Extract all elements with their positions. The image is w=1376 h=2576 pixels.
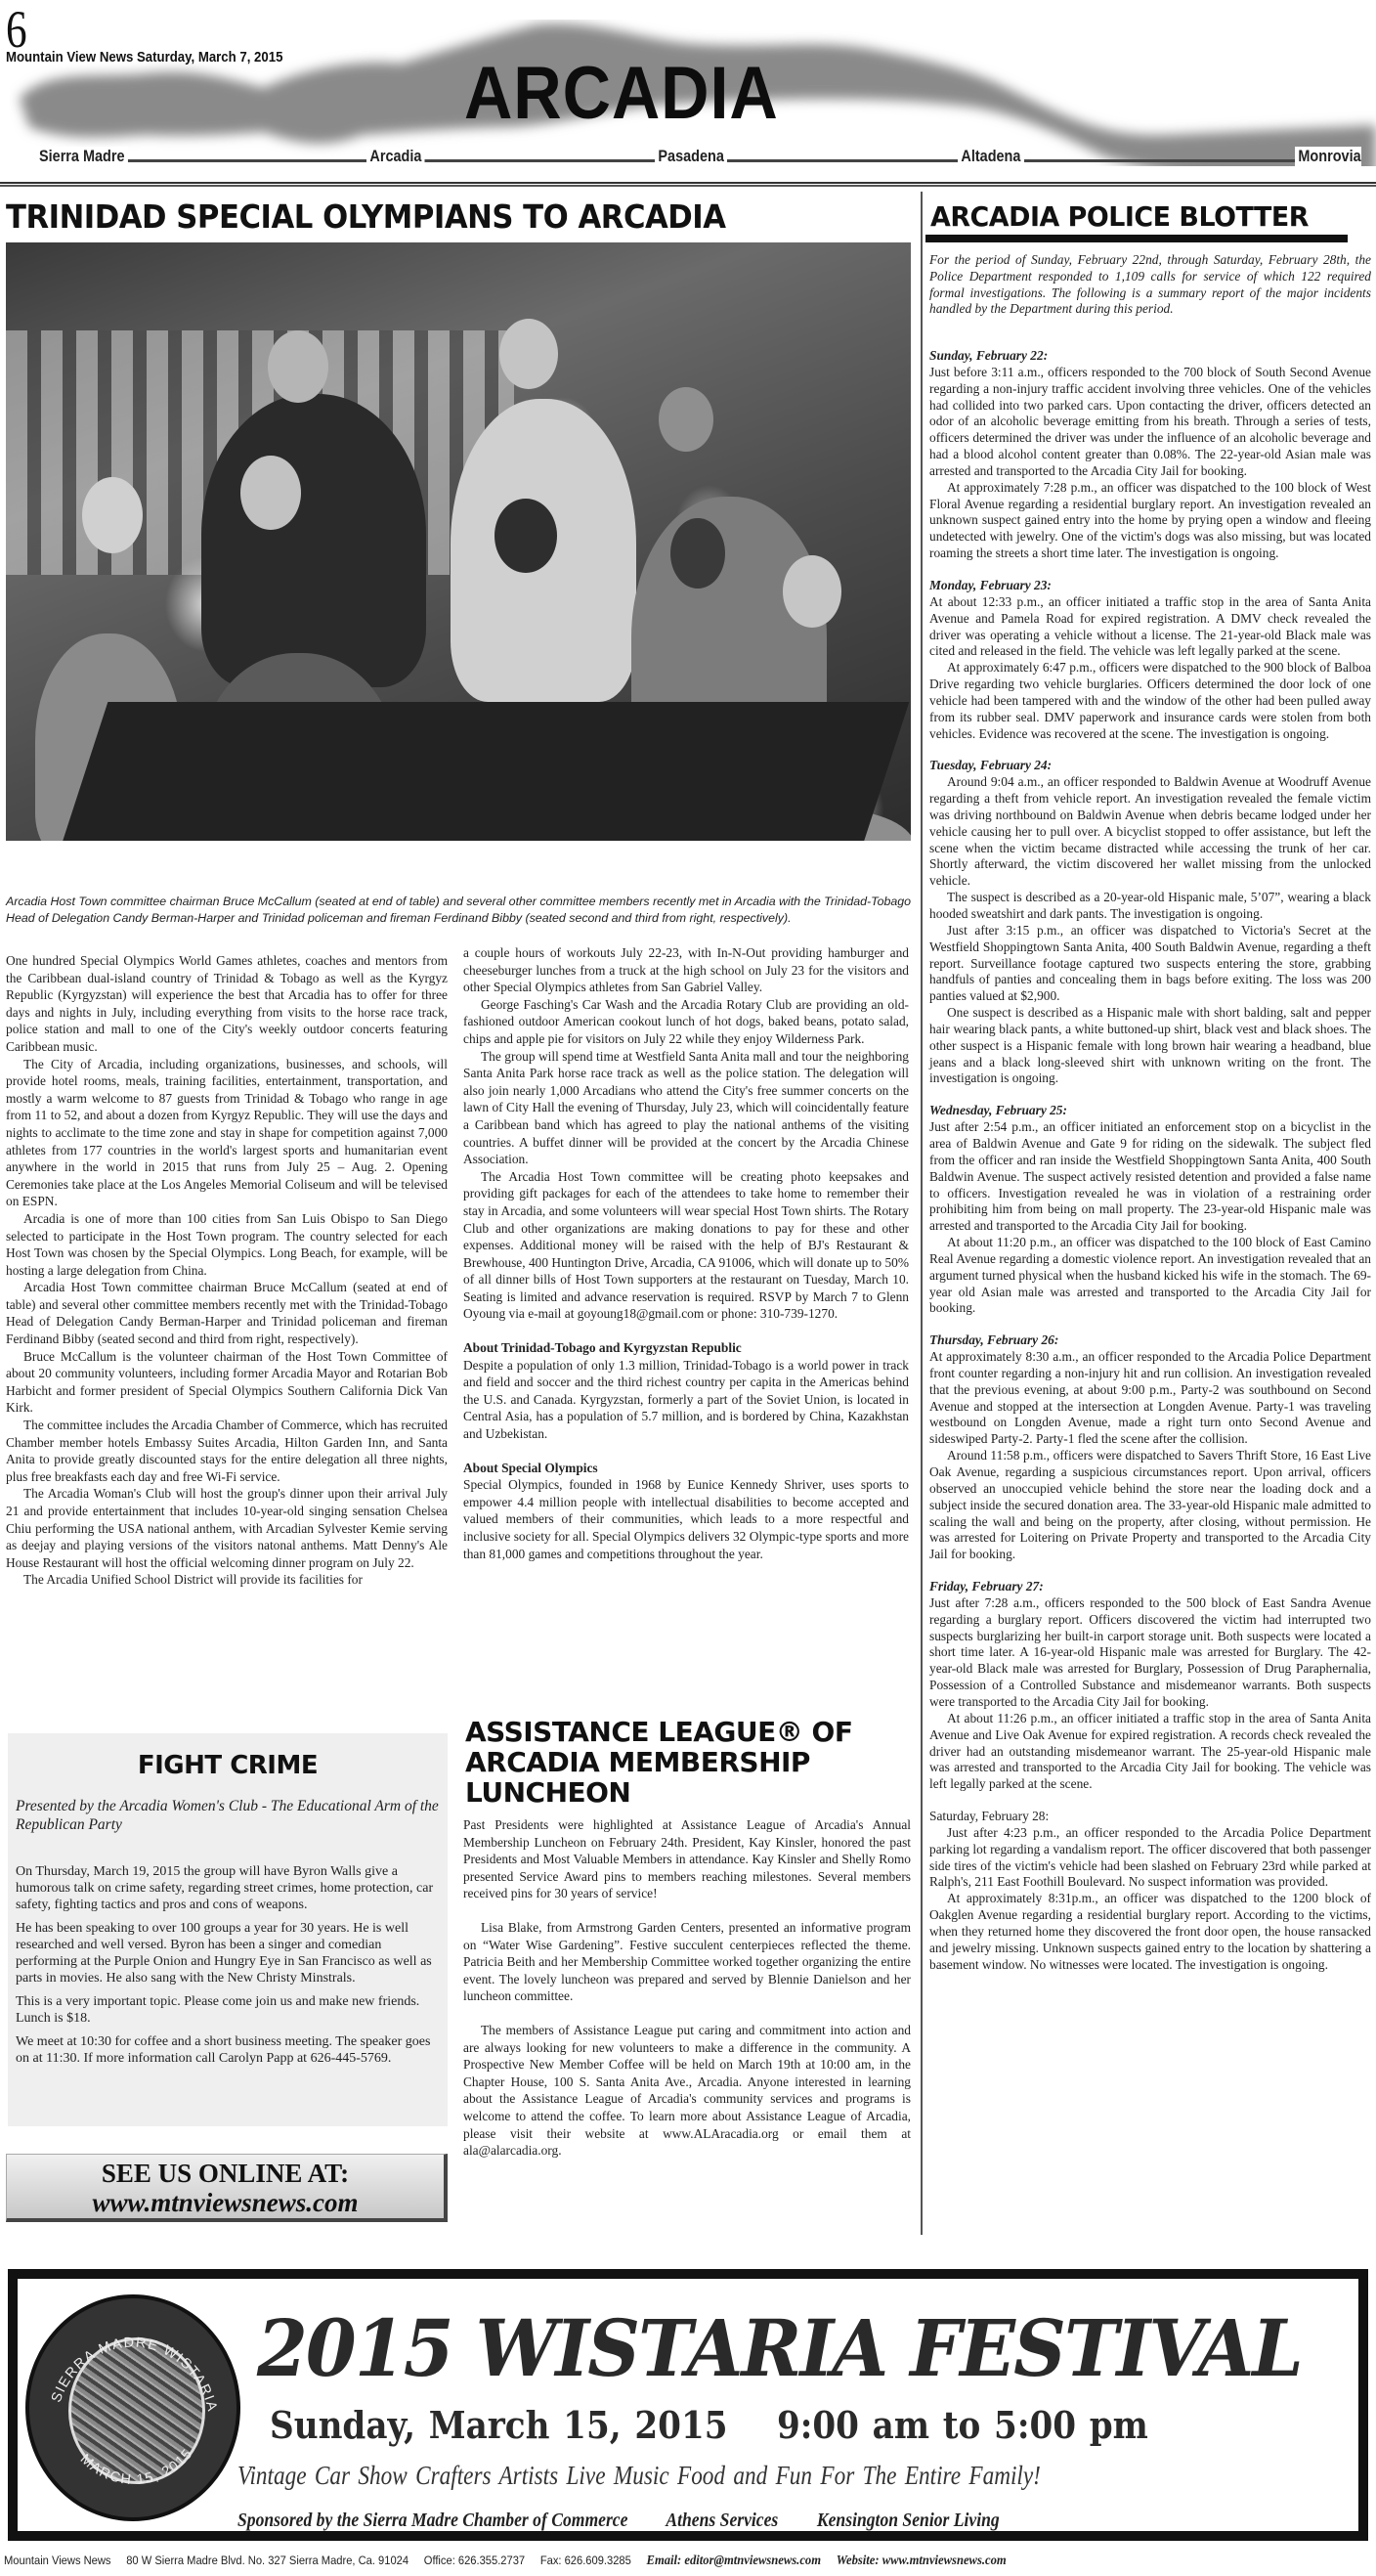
blotter-entry: The suspect is described as a 20-year-ol… (929, 890, 1371, 923)
fight-crime-paragraph: On Thursday, March 19, 2015 the group wi… (16, 1863, 440, 1913)
city-timeline: Sierra Madre Arcadia Pasadena Altadena M… (39, 143, 1368, 168)
logo-ring-date: MARCH 15, 2015 (77, 2446, 196, 2488)
fight-crime-box: FIGHT CRIME Presented by the Arcadia Wom… (8, 1733, 448, 2126)
story-paragraph: The members of Assistance League put car… (463, 2022, 911, 2160)
blotter-entry: Just after 4:23 p.m., an officer respond… (929, 1825, 1371, 1891)
footer-email[interactable]: Email: editor@mtnviewsnews.com (647, 2554, 821, 2568)
story-paragraph: One hundred Special Olympics World Games… (6, 952, 448, 1056)
fight-crime-paragraph: This is a very important topic. Please c… (16, 1993, 440, 2027)
city-label: Pasadena (655, 147, 727, 166)
photo-head (82, 477, 143, 553)
dateline: Mountain View News Saturday, March 7, 20… (6, 49, 282, 65)
blotter-entry: At about 11:20 p.m., an officer was disp… (929, 1235, 1371, 1317)
about-special-olympics-heading: About Special Olympics (463, 1460, 909, 1477)
online-banner-url[interactable]: www.mtnviewsnews.com (7, 2188, 444, 2217)
festival-title: 2015 WISTARIA FESTIVAL (257, 2306, 1302, 2390)
main-headline: TRINIDAD SPECIAL OLYMPIANS TO ARCADIA (6, 197, 726, 237)
blotter-entry: Just after 3:15 p.m., an officer was dis… (929, 923, 1371, 1005)
blotter-entry: At about 11:26 p.m., an officer initiate… (929, 1711, 1371, 1793)
story-column-1: One hundred Special Olympics World Games… (6, 952, 448, 1589)
city-label: Arcadia (366, 147, 425, 166)
story-paragraph: Bruce McCallum is the volunteer chairman… (6, 1348, 448, 1417)
photo-caption: Arcadia Host Town committee chairman Bru… (6, 894, 915, 926)
story-paragraph: The Arcadia Woman's Club will host the g… (6, 1485, 448, 1571)
page-footer: Mountain Views News 80 W Sierra Madre Bl… (4, 2554, 1239, 2569)
footer-address: 80 W Sierra Madre Blvd. No. 327 Sierra M… (126, 2554, 408, 2567)
festival-time: 9:00 am to 5:00 pm (777, 2403, 1148, 2447)
story-paragraph: Arcadia Host Town committee chairman Bru… (6, 1279, 448, 1347)
city-label: Altadena (958, 147, 1024, 166)
blotter-entry: At approximately 7:28 p.m., an officer w… (929, 480, 1371, 562)
blotter-entry: Around 11:58 p.m., officers were dispatc… (929, 1448, 1371, 1563)
see-us-online-banner[interactable]: SEE US ONLINE AT: www.mtnviewsnews.com (6, 2154, 448, 2222)
blotter-entry: Just before 3:11 a.m., officers responde… (929, 365, 1371, 480)
column-divider (921, 192, 923, 2235)
photo-head (783, 555, 841, 628)
story-paragraph: Arcadia is one of more than 100 cities f… (6, 1210, 448, 1279)
about-trinidad-text: Despite a population of only 1.3 million… (463, 1357, 909, 1443)
blotter-day-heading: Sunday, February 22: (929, 348, 1371, 365)
blotter-day-heading: Monday, February 23: (929, 578, 1371, 594)
police-blotter-intro: For the period of Sunday, February 22nd,… (929, 252, 1371, 318)
photo-head (670, 518, 725, 589)
blotter-entry: At approximately 8:30 a.m., an officer r… (929, 1349, 1371, 1448)
story-column-2: a couple hours of workouts July 22-23, w… (463, 944, 909, 1562)
assistance-league-body: Past Presidents were highlighted at Assi… (463, 1816, 911, 2176)
blotter-entry: Just after 7:28 a.m., officers responded… (929, 1595, 1371, 1711)
photo-head (240, 456, 301, 530)
sponsor: Kensington Senior Living (817, 2510, 1000, 2531)
photo-table (61, 702, 910, 841)
about-trinidad-heading: About Trinidad-Tobago and Kyrgyzstan Rep… (463, 1339, 909, 1357)
sponsor: Sponsored by the Sierra Madre Chamber of… (237, 2510, 627, 2531)
fight-crime-paragraph: He has been speaking to over 100 groups … (16, 1920, 440, 1987)
story-paragraph: The committee includes the Arcadia Chamb… (6, 1417, 448, 1485)
about-special-olympics-text: Special Olympics, founded in 1968 by Eun… (463, 1476, 909, 1562)
logo-ring-text: SIERRA MADRE WISTARIA FESTIVAL MARCH 15,… (29, 2298, 236, 2517)
fight-crime-title: FIGHT CRIME (16, 1751, 440, 1780)
festival-logo: SIERRA MADRE WISTARIA FESTIVAL MARCH 15,… (25, 2294, 240, 2521)
blotter-day-heading: Tuesday, February 24: (929, 758, 1371, 774)
festival-features: Vintage Car Show Crafters Artists Live M… (237, 2461, 1041, 2490)
story-paragraph: The City of Arcadia, including organizat… (6, 1056, 448, 1210)
svg-text:SIERRA MADRE WISTARIA FESTIVAL: SIERRA MADRE WISTARIA FESTIVAL (29, 2298, 220, 2414)
city-label: Sierra Madre (39, 147, 128, 166)
blotter-day-heading: Wednesday, February 25: (929, 1103, 1371, 1119)
footer-website[interactable]: Website: www.mtnviewsnews.com (837, 2554, 1007, 2568)
story-paragraph: a couple hours of workouts July 22-23, w… (463, 944, 909, 996)
blotter-day-heading: Thursday, February 26: (929, 1332, 1371, 1349)
photo-head (659, 387, 713, 452)
story-paragraph: Lisa Blake, from Armstrong Garden Center… (463, 1919, 911, 2005)
photo-head (268, 330, 328, 403)
police-blotter-headline: ARCADIA POLICE BLOTTER (930, 201, 1309, 233)
sponsor: Athens Services (666, 2510, 778, 2531)
photo-person (201, 394, 426, 687)
story-paragraph: The Arcadia Host Town committee will be … (463, 1168, 909, 1323)
logo-ring-title: SIERRA MADRE WISTARIA FESTIVAL (29, 2298, 220, 2414)
story-paragraph: The group will spend time at Westfield S… (463, 1048, 909, 1168)
photo-head (499, 319, 558, 389)
footer-paper-name: Mountain Views News (4, 2554, 111, 2567)
festival-datetime: Sunday, March 15, 20159:00 am to 5:00 pm (270, 2404, 1148, 2447)
svg-text:MARCH 15, 2015: MARCH 15, 2015 (77, 2446, 196, 2488)
police-blotter-body: Sunday, February 22: Just before 3:11 a.… (929, 332, 1371, 1973)
footer-fax: Fax: 626.609.3285 (540, 2554, 631, 2567)
story-paragraph: The Arcadia Unified School District will… (6, 1571, 448, 1589)
story-paragraph: Past Presidents were highlighted at Assi… (463, 1816, 911, 1902)
fight-crime-body: On Thursday, March 19, 2015 the group wi… (16, 1863, 440, 2067)
photo-head (494, 499, 557, 573)
masthead: 6 Mountain View News Saturday, March 7, … (0, 0, 1376, 188)
fight-crime-paragraph: We meet at 10:30 for coffee and a short … (16, 2033, 440, 2067)
blotter-entry: Just after 2:54 p.m., an officer initiat… (929, 1119, 1371, 1235)
wistaria-festival-ad[interactable]: SIERRA MADRE WISTARIA FESTIVAL MARCH 15,… (8, 2269, 1368, 2541)
blotter-day-heading: Friday, February 27: (929, 1579, 1371, 1595)
assistance-league-headline: ASSISTANCE LEAGUE® OF ARCADIA MEMBERSHIP… (465, 1717, 915, 1808)
blotter-day-heading: Saturday, February 28: (929, 1809, 1371, 1825)
fight-crime-subtitle: Presented by the Arcadia Women's Club - … (16, 1798, 440, 1834)
city-label: Monrovia (1295, 147, 1361, 166)
blotter-entry: At approximately 8:31p.m., an officer wa… (929, 1891, 1371, 1973)
story-paragraph: George Fasching's Car Wash and the Arcad… (463, 996, 909, 1048)
festival-date: Sunday, March 15, 2015 (270, 2403, 728, 2447)
blotter-entry: At approximately 6:47 p.m., officers wer… (929, 660, 1371, 742)
festival-sponsors: Sponsored by the Sierra Madre Chamber of… (237, 2510, 1034, 2531)
blotter-entry: Around 9:04 a.m., an officer responded t… (929, 774, 1371, 890)
headline-rule (925, 235, 1348, 242)
blotter-entry: One suspect is described as a Hispanic m… (929, 1005, 1371, 1087)
blotter-entry: At about 12:33 p.m., an officer initiate… (929, 594, 1371, 660)
masthead-rule (0, 182, 1376, 188)
group-photo (6, 242, 911, 841)
online-banner-heading: SEE US ONLINE AT: (7, 2159, 444, 2188)
section-title: ARCADIA (464, 57, 779, 131)
footer-office-phone: Office: 626.355.2737 (424, 2554, 525, 2567)
